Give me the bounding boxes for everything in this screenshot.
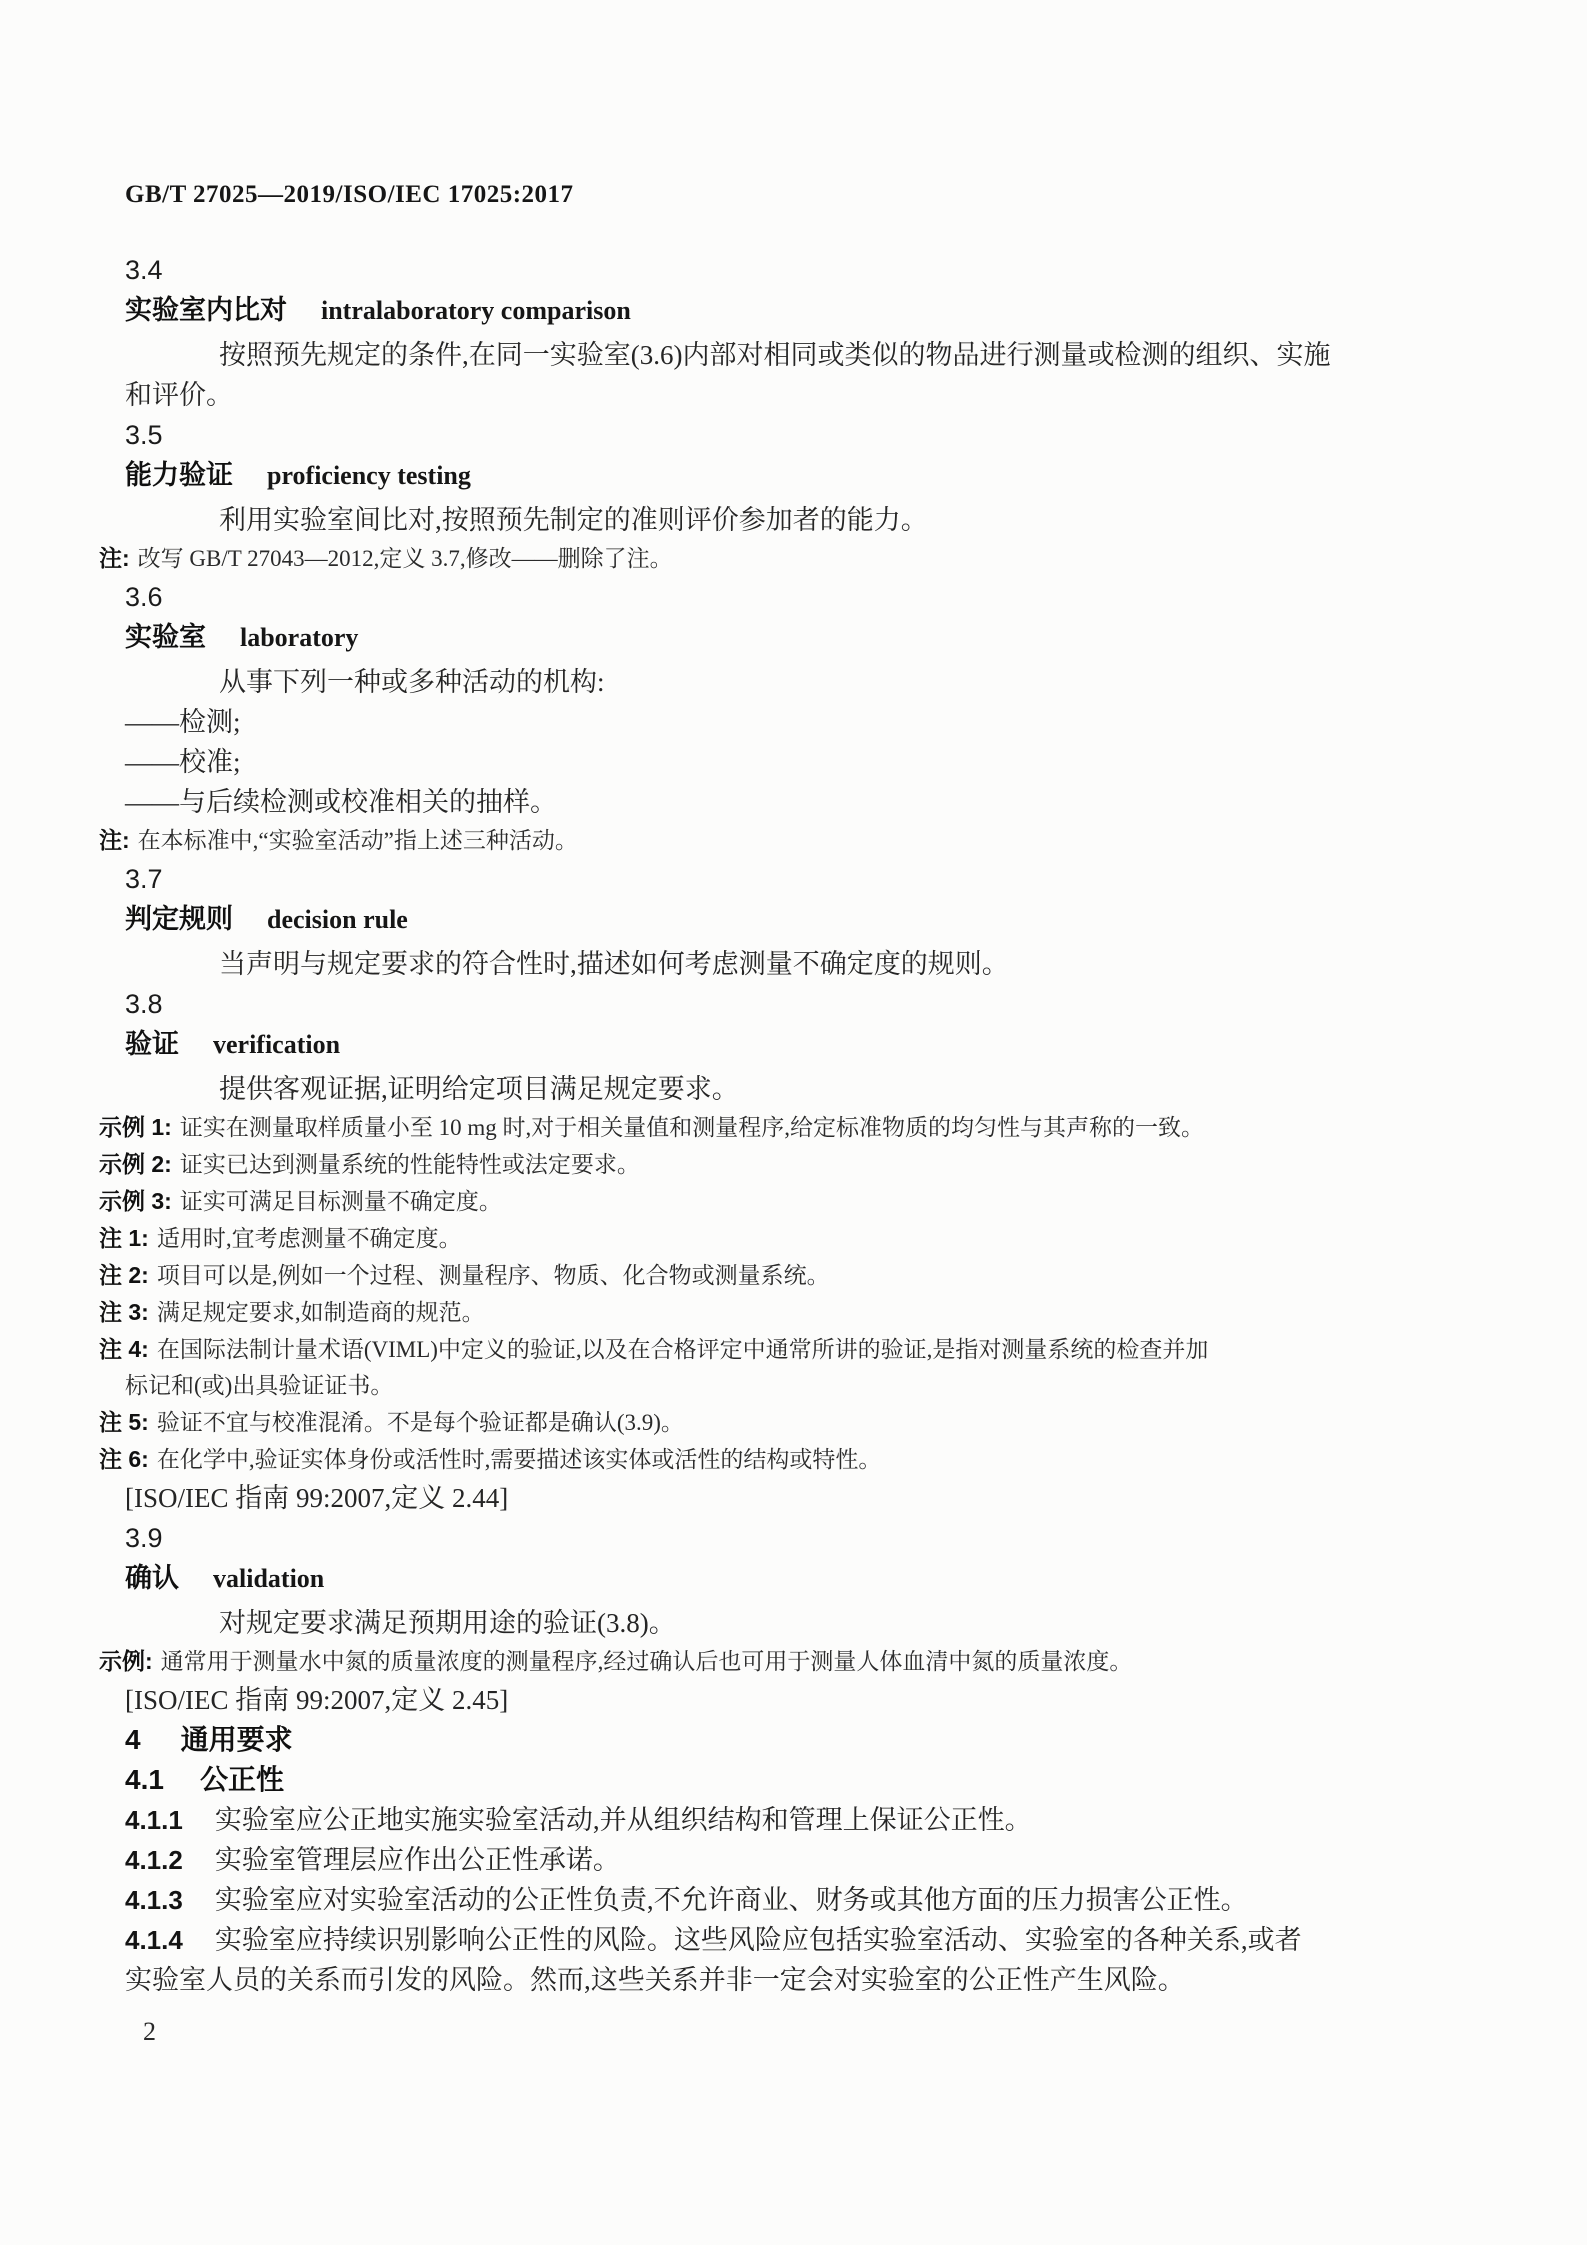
note-text: 在化学中,验证实体身份或活性时,需要描述该实体或活性的结构或特性。 — [157, 1447, 882, 1472]
note-text: 验证不宜与校准混淆。不是每个验证都是确认(3.9)。 — [157, 1410, 684, 1435]
section-number: 3.8 — [125, 984, 1460, 1024]
clause: 4.1.2实验室管理层应作出公正性承诺。 — [125, 1840, 1460, 1880]
definition-text: 按照预先规定的条件,在同一实验室(3.6)内部对相同或类似的物品进行测量或检测的… — [125, 335, 1460, 415]
term-en: proficiency testing — [267, 461, 471, 490]
example-label: 示例 2: — [99, 1151, 172, 1177]
clause: 4.1.3实验室应对实验室活动的公正性负责,不允许商业、财务或其他方面的压力损害… — [125, 1880, 1460, 1920]
example: 示例 1:证实在测量取样质量小至 10 mg 时,对于相关量值和测量程序,给定标… — [125, 1109, 1460, 1146]
list-item-dash: ——检测; — [125, 702, 1460, 742]
definition-text: 利用实验室间比对,按照预先制定的准则评价参加者的能力。 — [125, 500, 1460, 540]
note-label: 注: — [99, 545, 130, 571]
list-item-dash: ——校准; — [125, 742, 1460, 782]
term-section-3-5: 3.5 能力验证 proficiency testing 利用实验室间比对,按照… — [125, 415, 1460, 577]
section-number: 3.4 — [125, 250, 1460, 290]
term-zh: 能力验证 — [125, 460, 233, 490]
clause-text: 实验室应公正地实施实验室活动,并从组织结构和管理上保证公正性。 — [215, 1805, 1032, 1835]
subsection-heading: 4.1公正性 — [125, 1760, 1460, 1800]
note-label: 注 2: — [99, 1262, 149, 1288]
term-zh: 判定规则 — [125, 904, 233, 934]
note-label: 注 3: — [99, 1299, 149, 1325]
note-text: 满足规定要求,如制造商的规范。 — [157, 1300, 485, 1325]
example-text: 证实已达到测量系统的性能特性或法定要求。 — [180, 1152, 640, 1177]
chapter-4: 4通用要求 4.1公正性 4.1.1实验室应公正地实施实验室活动,并从组织结构和… — [125, 1720, 1460, 2000]
example-label: 示例 1: — [99, 1114, 172, 1140]
term-section-3-4: 3.4 实验室内比对 intralaboratory comparison 按照… — [125, 250, 1460, 415]
note-label: 注: — [99, 827, 130, 853]
example-text: 通常用于测量水中氮的质量浓度的测量程序,经过确认后也可用于测量人体血清中氮的质量… — [161, 1649, 1133, 1674]
clause-number: 4.1.4 — [125, 1925, 183, 1955]
term-en: laboratory — [240, 623, 358, 652]
clause-number: 4.1.2 — [125, 1845, 183, 1875]
definition-text: 提供客观证据,证明给定项目满足规定要求。 — [125, 1069, 1460, 1109]
section-number: 3.9 — [125, 1518, 1460, 1558]
example: 示例:通常用于测量水中氮的质量浓度的测量程序,经过确认后也可用于测量人体血清中氮… — [125, 1643, 1460, 1680]
note-label: 注 1: — [99, 1225, 149, 1251]
clause: 4.1.1实验室应公正地实施实验室活动,并从组织结构和管理上保证公正性。 — [125, 1800, 1460, 1840]
term-en: verification — [213, 1030, 340, 1059]
chapter-title-text: 通用要求 — [181, 1724, 293, 1755]
subsection-number: 4.1 — [125, 1764, 164, 1795]
note-label: 注 6: — [99, 1446, 149, 1472]
definition-text: 对规定要求满足预期用途的验证(3.8)。 — [125, 1603, 1460, 1643]
term-en: intralaboratory comparison — [321, 296, 631, 325]
document-page: GB/T 27025—2019/ISO/IEC 17025:2017 3.4 实… — [0, 0, 1587, 2245]
term-section-3-6: 3.6 实验室 laboratory 从事下列一种或多种活动的机构: ——检测;… — [125, 577, 1460, 859]
example-text: 证实在测量取样质量小至 10 mg 时,对于相关量值和测量程序,给定标准物质的均… — [180, 1115, 1204, 1140]
page-number: 2 — [125, 2012, 1460, 2052]
term-heading: 实验室内比对 intralaboratory comparison — [125, 290, 1460, 335]
note: 注 3:满足规定要求,如制造商的规范。 — [125, 1294, 1460, 1331]
section-number: 3.7 — [125, 859, 1460, 899]
subsection-title-text: 公正性 — [200, 1764, 284, 1795]
note-label: 注 4: — [99, 1336, 149, 1362]
example-label: 示例: — [99, 1648, 153, 1674]
section-number: 3.6 — [125, 577, 1460, 617]
example-label: 示例 3: — [99, 1188, 172, 1214]
note: 注 5:验证不宜与校准混淆。不是每个验证都是确认(3.9)。 — [125, 1404, 1460, 1441]
example: 示例 3:证实可满足目标测量不确定度。 — [125, 1183, 1460, 1220]
note-label: 注 5: — [99, 1409, 149, 1435]
term-zh: 验证 — [125, 1029, 179, 1059]
clause-number: 4.1.1 — [125, 1805, 183, 1835]
note-text: 适用时,宜考虑测量不确定度。 — [157, 1226, 462, 1251]
definition-text: 从事下列一种或多种活动的机构: — [125, 662, 1460, 702]
term-heading: 实验室 laboratory — [125, 617, 1460, 662]
note: 注 4:在国际法制计量术语(VIML)中定义的验证,以及在合格评定中通常所讲的验… — [125, 1331, 1460, 1404]
term-heading: 能力验证 proficiency testing — [125, 455, 1460, 500]
note-text: 改写 GB/T 27043—2012,定义 3.7,修改——删除了注。 — [138, 546, 673, 571]
term-zh: 实验室 — [125, 622, 206, 652]
section-number: 3.5 — [125, 415, 1460, 455]
note: 注 6:在化学中,验证实体身份或活性时,需要描述该实体或活性的结构或特性。 — [125, 1441, 1460, 1478]
clause: 4.1.4实验室应持续识别影响公正性的风险。这些风险应包括实验室活动、实验室的各… — [125, 1920, 1460, 2000]
example: 示例 2:证实已达到测量系统的性能特性或法定要求。 — [125, 1146, 1460, 1183]
source-reference: [ISO/IEC 指南 99:2007,定义 2.44] — [125, 1478, 1460, 1518]
note-text: 在国际法制计量术语(VIML)中定义的验证,以及在合格评定中通常所讲的验证,是指… — [125, 1337, 1208, 1398]
note: 注 1:适用时,宜考虑测量不确定度。 — [125, 1220, 1460, 1257]
term-en: decision rule — [267, 905, 408, 934]
list-item-dash: ——与后续检测或校准相关的抽样。 — [125, 782, 1460, 822]
clause-number: 4.1.3 — [125, 1885, 183, 1915]
term-heading: 判定规则 decision rule — [125, 899, 1460, 944]
document-code: GB/T 27025—2019/ISO/IEC 17025:2017 — [125, 180, 1460, 210]
note: 注:改写 GB/T 27043—2012,定义 3.7,修改——删除了注。 — [125, 540, 1460, 577]
note-text: 项目可以是,例如一个过程、测量程序、物质、化合物或测量系统。 — [157, 1263, 830, 1288]
note: 注:在本标准中,“实验室活动”指上述三种活动。 — [125, 822, 1460, 859]
term-section-3-8: 3.8 验证 verification 提供客观证据,证明给定项目满足规定要求。… — [125, 984, 1460, 1518]
term-zh: 实验室内比对 — [125, 295, 287, 325]
term-heading: 确认 validation — [125, 1558, 1460, 1603]
clause-text: 实验室应持续识别影响公正性的风险。这些风险应包括实验室活动、实验室的各种关系,或… — [125, 1925, 1302, 1995]
clause-text: 实验室管理层应作出公正性承诺。 — [215, 1845, 620, 1875]
clause-text: 实验室应对实验室活动的公正性负责,不允许商业、财务或其他方面的压力损害公正性。 — [215, 1885, 1248, 1915]
chapter-heading: 4通用要求 — [125, 1720, 1460, 1760]
term-zh: 确认 — [125, 1563, 179, 1593]
definition-text: 当声明与规定要求的符合性时,描述如何考虑测量不确定度的规则。 — [125, 944, 1460, 984]
term-section-3-9: 3.9 确认 validation 对规定要求满足预期用途的验证(3.8)。 示… — [125, 1518, 1460, 1720]
note-text: 在本标准中,“实验室活动”指上述三种活动。 — [138, 828, 578, 853]
term-heading: 验证 verification — [125, 1024, 1460, 1069]
example-text: 证实可满足目标测量不确定度。 — [180, 1189, 502, 1214]
source-reference: [ISO/IEC 指南 99:2007,定义 2.45] — [125, 1680, 1460, 1720]
note: 注 2:项目可以是,例如一个过程、测量程序、物质、化合物或测量系统。 — [125, 1257, 1460, 1294]
term-section-3-7: 3.7 判定规则 decision rule 当声明与规定要求的符合性时,描述如… — [125, 859, 1460, 984]
term-en: validation — [213, 1564, 324, 1593]
chapter-number: 4 — [125, 1724, 141, 1755]
